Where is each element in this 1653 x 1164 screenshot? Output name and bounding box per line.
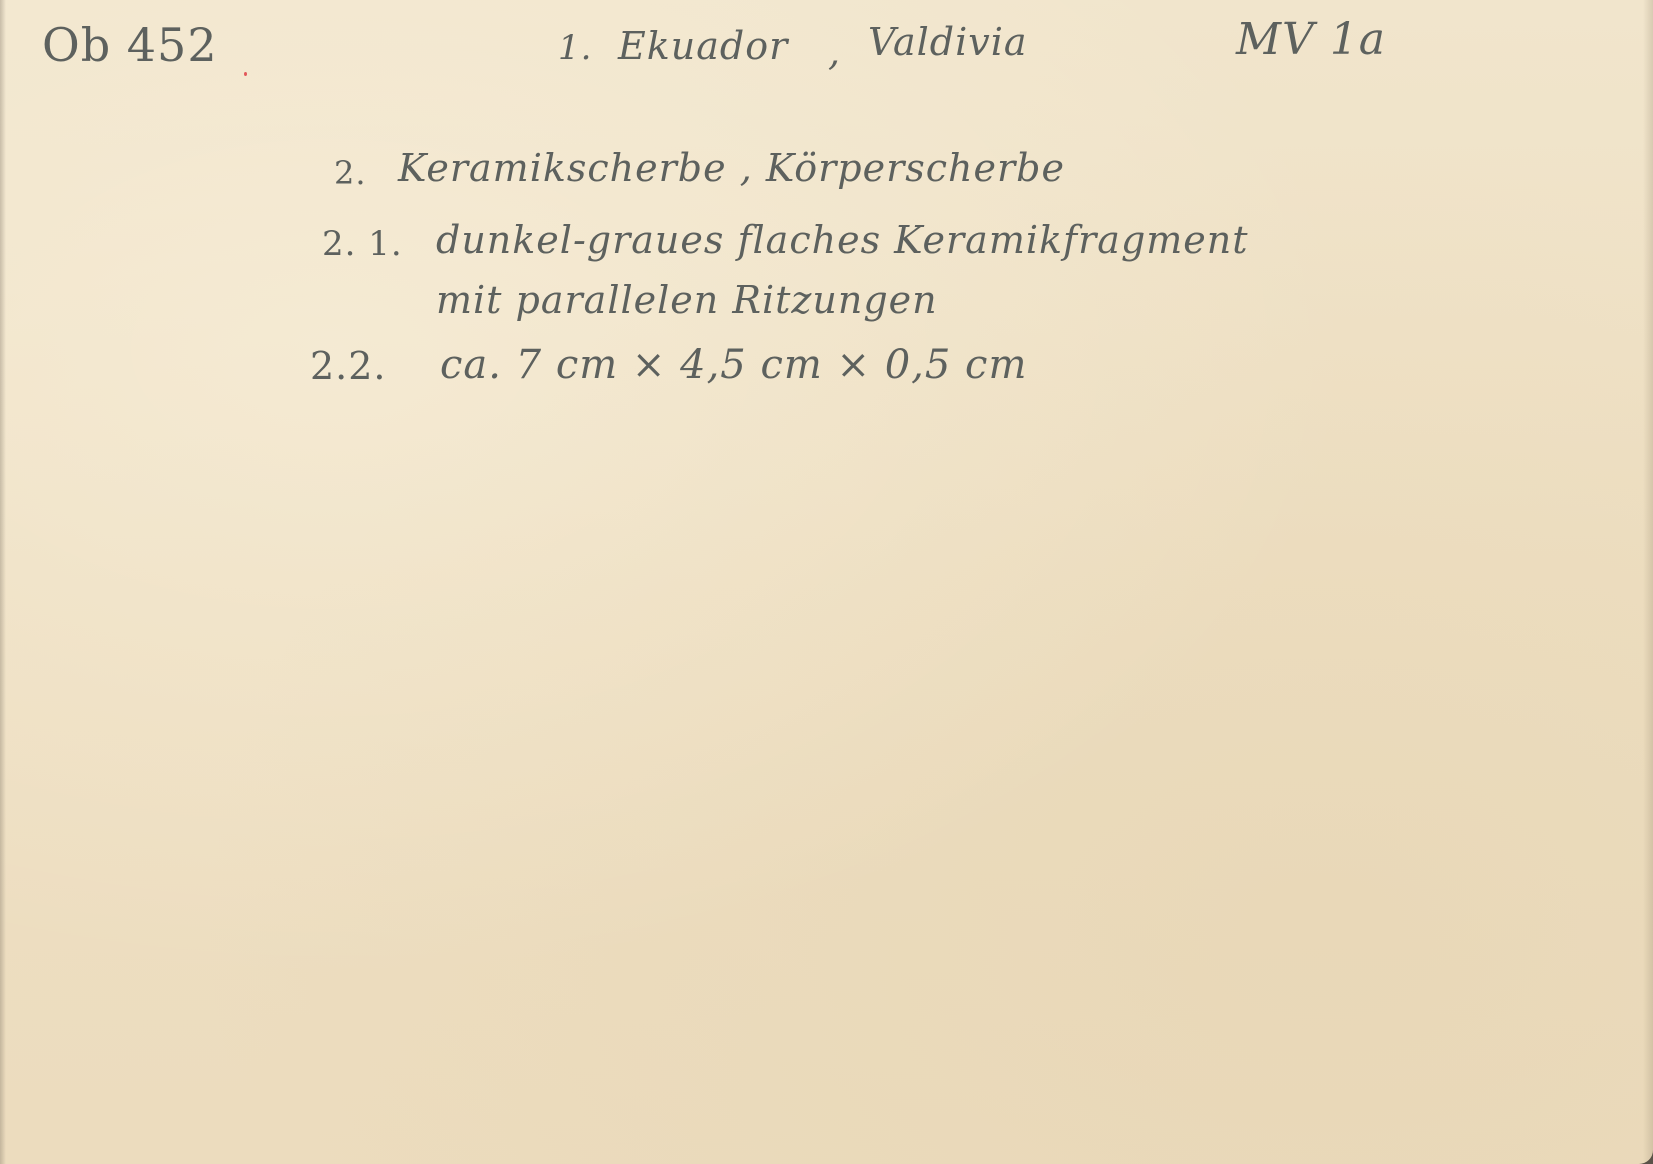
item-1-region: Ekuador [618,24,788,68]
index-card: Ob 452 1. Ekuador , Valdivia MV 1a 2. Ke… [0,0,1653,1164]
entry-2-1-line-1: dunkel-graues flaches Keramikfragment [436,218,1249,262]
entry-2-1-number: 2. 1. [322,224,403,264]
item-1-separator: , [828,30,841,74]
entry-2-number: 2. [334,154,367,192]
item-1-culture: Valdivia [868,20,1028,64]
entry-2-2-number: 2.2. [310,344,387,388]
entry-2-2-text: ca. 7 cm × 4,5 cm × 0,5 cm [440,342,1027,388]
red-mark [244,72,247,76]
entry-2-1-line-2: mit parallelen Ritzungen [436,278,938,322]
item-1-number: 1. [558,28,592,68]
entry-2-text: Keramikscherbe , Körperscherbe [398,146,1065,190]
inventory-number: Ob 452 [42,18,218,72]
shelf-mark: MV 1a [1236,14,1386,65]
